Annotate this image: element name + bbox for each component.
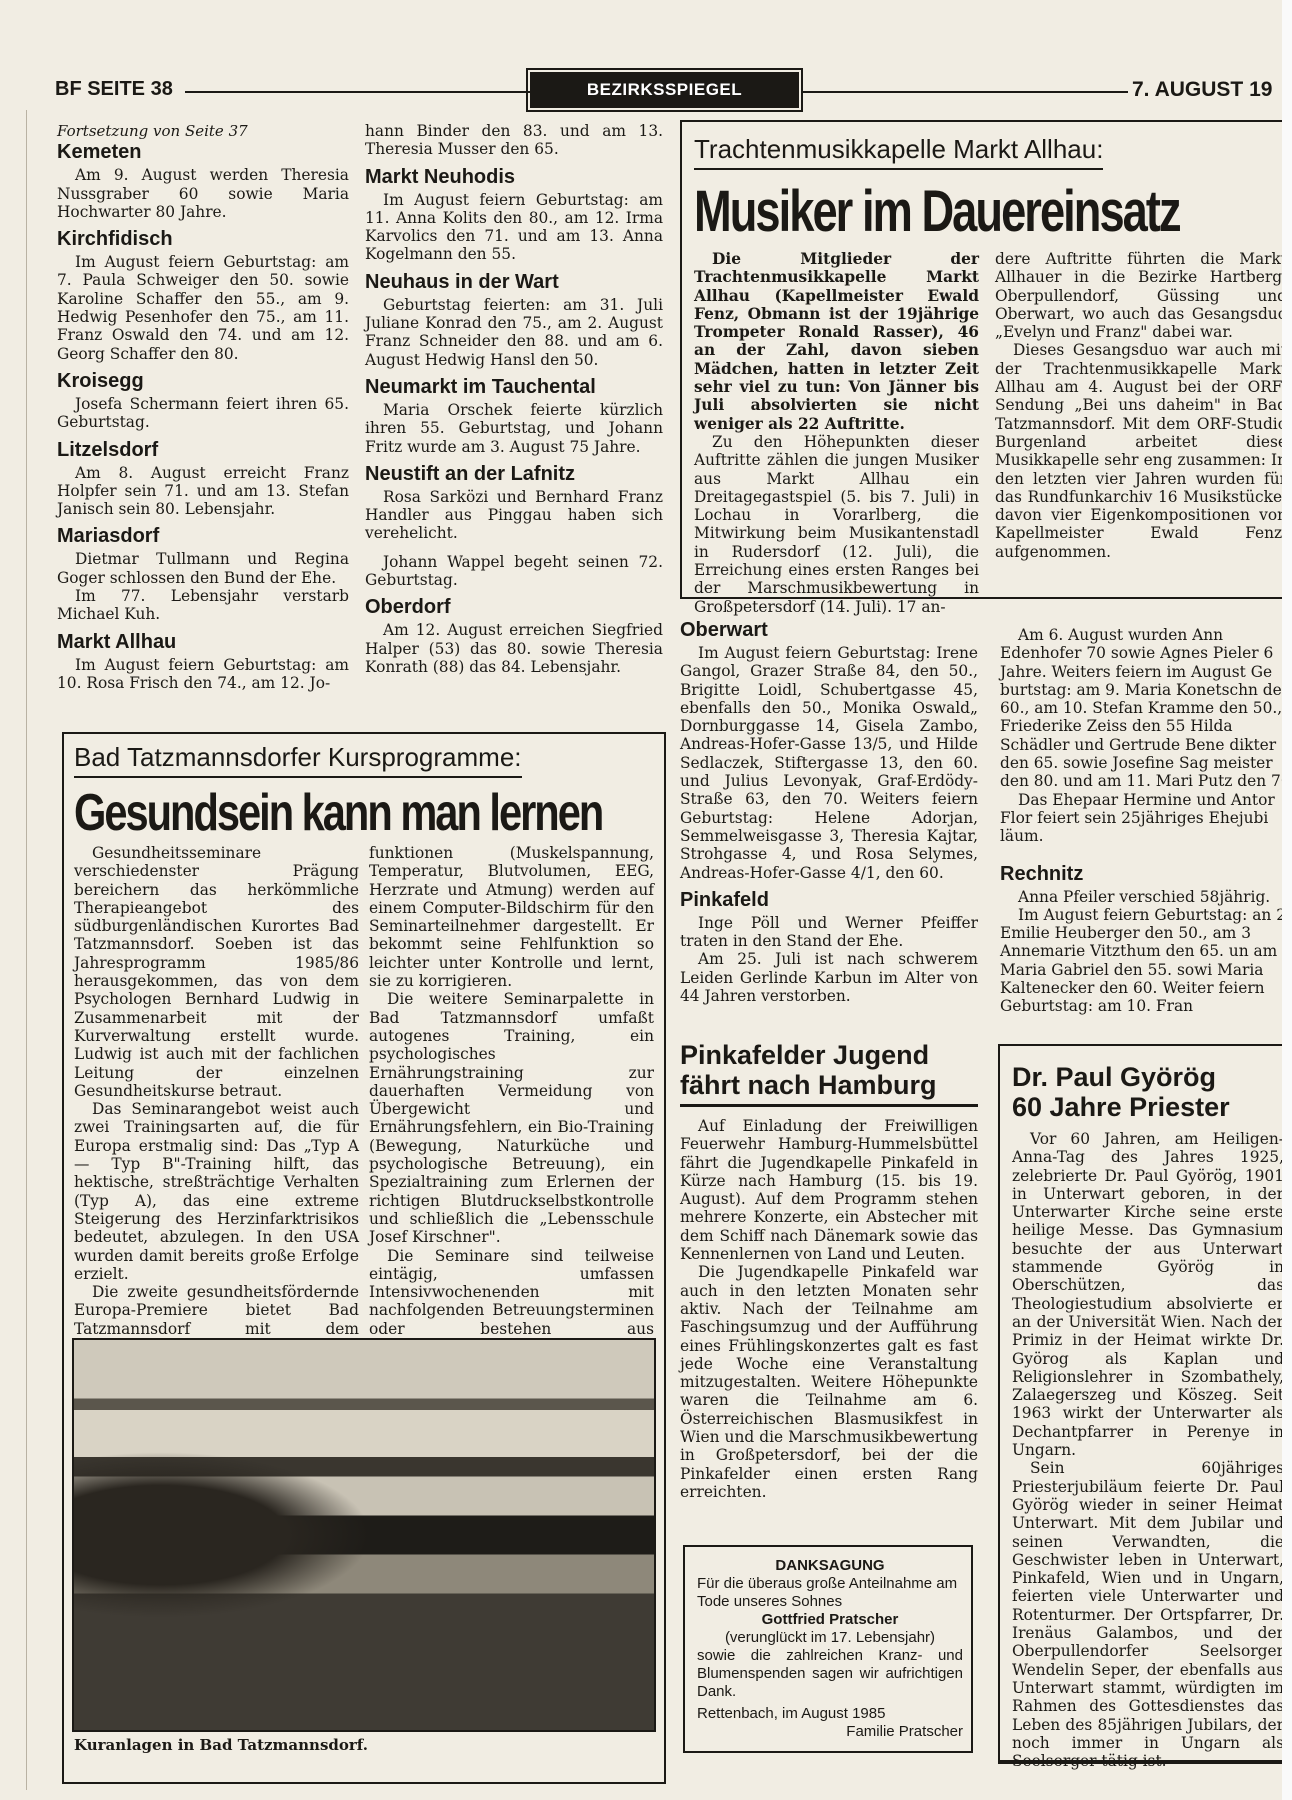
article-kicker: Trachtenmusikkapelle Markt Allhau: [694, 134, 1103, 170]
photo-caption: Kuranlagen in Bad Tatzmannsdorf. [74, 1736, 368, 1754]
news-text: Im August feiern Geburtstag: am 10. Rosa… [57, 656, 349, 693]
page-number: BF SEITE 38 [55, 78, 173, 101]
news-text: Johann Wappel begeht seinen 72. Geburtst… [365, 553, 663, 590]
article-text: Gesundheitsseminare verschiedenster Präg… [74, 844, 359, 1100]
news-item: Kroisegg Josefa Schermann feiert ihren 6… [57, 369, 349, 432]
news-item: Kirchfidisch Im August feiern Geburtstag… [57, 227, 349, 363]
news-item: Oberdorf Am 12. August erreichen Siegfri… [365, 595, 663, 676]
place-heading: Litzelsdorf [57, 438, 349, 462]
news-text: Im August feiern Geburtstag: am 7. Paula… [57, 253, 349, 363]
scan-page-edge [1282, 0, 1292, 1800]
place-heading: Kirchfidisch [57, 227, 349, 251]
article-text: Zu den Höhepunkten dieser Auftritte zähl… [694, 433, 979, 616]
place-heading: Oberdorf [365, 595, 663, 619]
notice-text: (verunglückt im 17. Lebensjahr) [697, 1629, 963, 1647]
section-banner: BEZIRKSSPIEGEL [530, 72, 799, 108]
place-heading: Neuhaus in der Wart [365, 270, 663, 294]
page-margin-rule [26, 110, 27, 1790]
news-item: Pinkafeld Inge Pöll und Werner Pfeiffer … [680, 888, 978, 1005]
article-lead: Die Mitglieder der Trachtenmusikkapelle … [694, 250, 979, 433]
article-headline: Gesundsein kann man lernen [74, 784, 602, 842]
news-item: Kemeten Am 9. August werden Theresia Nus… [57, 140, 349, 221]
place-heading: Kroisegg [57, 369, 349, 393]
article-column-2: funktionen (Muskelspannung, Temperatur, … [369, 844, 654, 1375]
article-body: Vor 60 Jahren, am Heiligen-Anna-Tag des … [1012, 1130, 1284, 1770]
notice-place-date: Rettenbach, im August 1985 [697, 1705, 963, 1723]
news-item: Neuhaus in der Wart Geburtstag feierten:… [365, 270, 663, 369]
place-heading: Pinkafeld [680, 888, 978, 912]
local-news-column-4: Am 6. August wurden Ann Edenhofer 70 sow… [1000, 626, 1292, 1016]
news-item: Markt Neuhodis Im August feiern Geburtst… [365, 165, 663, 264]
news-text: Maria Orschek feierte kürzlich ihren 55.… [365, 401, 663, 456]
place-heading: Mariasdorf [57, 524, 349, 548]
article-text: funktionen (Muskelspannung, Temperatur, … [369, 844, 654, 990]
article-headline-line-2: 60 Jahre Priester [1012, 1092, 1230, 1122]
news-item: Oberwart Im August feiern Geburtstag: Ir… [680, 618, 978, 882]
article-column-1: Die Mitglieder der Trachtenmusikkapelle … [694, 250, 979, 616]
article-text: Sein 60jähriges Priesterjubiläum feierte… [1012, 1459, 1284, 1770]
notice-title: DANKSAGUNG [697, 1557, 963, 1575]
danksagung-notice: DANKSAGUNG Für die überaus große Anteiln… [683, 1545, 973, 1753]
news-item: Markt Allhau Im August feiern Geburtstag… [57, 630, 349, 693]
article-text: Das Seminarangebot weist auch zwei Train… [74, 1100, 359, 1283]
article-column-1: Gesundheitsseminare verschiedenster Präg… [74, 844, 359, 1356]
deceased-name: Gottfried Pratscher [697, 1611, 963, 1629]
place-heading: Markt Neuhodis [365, 165, 663, 189]
article-text: Vor 60 Jahren, am Heiligen-Anna-Tag des … [1012, 1130, 1284, 1459]
news-item: Rechnitz Anna Pfeiler verschied 58jährig… [1000, 862, 1292, 1016]
news-text: Im August feiern Geburtstag: an 2. Emili… [1000, 906, 1292, 1016]
article-headline-line-1: Dr. Paul Györög [1012, 1062, 1230, 1092]
place-heading: Oberwart [680, 618, 978, 642]
news-text: Geburtstag feierten: am 31. Juli Juliane… [365, 296, 663, 369]
news-item: Neustift an der Lafnitz Rosa Sarközi und… [365, 462, 663, 589]
news-text: Rosa Sarközi und Bernhard Franz Handler … [365, 488, 663, 543]
news-text: Am 25. Juli ist nach schwerem Leiden Ger… [680, 950, 978, 1005]
spa-building-photo [72, 1338, 656, 1732]
issue-date: 7. AUGUST 19 [1132, 78, 1272, 102]
place-heading: Markt Allhau [57, 630, 349, 654]
news-text: Am 6. August wurden Ann Edenhofer 70 sow… [1000, 626, 1292, 791]
article-text: Dieses Gesangsduo war auch mit der Trach… [995, 341, 1287, 561]
place-heading: Kemeten [57, 140, 349, 164]
news-text: Im August feiern Geburtstag: am 11. Anna… [365, 191, 663, 264]
article-body: Auf Einladung der Freiwilligen Feuerwehr… [680, 1117, 978, 1501]
news-text: Anna Pfeiler verschied 58jährig. [1000, 888, 1292, 906]
article-headline-line-1: Pinkafelder Jugend [680, 1040, 978, 1070]
notice-text: sowie die zahlreichen Kranz- und Blumens… [697, 1647, 963, 1701]
news-text: Im 77. Lebensjahr verstarb Michael Kuh. [57, 587, 349, 624]
music-article-box: Trachtenmusikkapelle Markt Allhau: Musik… [680, 120, 1292, 599]
news-text: Am 8. August erreicht Franz Holpfer sein… [57, 464, 349, 519]
article-text: Die weitere Seminarpalette in Bad Tatzma… [369, 990, 654, 1246]
article-column-2: dere Auftritte führten die Markt Allhaue… [995, 250, 1287, 561]
header-rule-left [185, 91, 530, 93]
local-news-column-2: hann Binder den 83. und am 13. Theresia … [365, 122, 663, 676]
place-heading: Neumarkt im Tauchental [365, 375, 663, 399]
news-text: Inge Pöll und Werner Pfeiffer traten in … [680, 914, 978, 951]
news-text: Josefa Schermann feiert ihren 65. Geburt… [57, 395, 349, 432]
notice-text: Für die überaus große Anteilnahme am Tod… [697, 1575, 963, 1611]
article-text: Die Jugendkapelle Pinkafeld war auch in … [680, 1263, 978, 1501]
place-heading: Neustift an der Lafnitz [365, 462, 663, 486]
continuation-note: Fortsetzung von Seite 37 [57, 122, 349, 140]
headline-rule [680, 1104, 978, 1107]
article-headline: Musiker im Dauereinsatz [694, 180, 1180, 244]
article-text: dere Auftritte führten die Markt Allhaue… [995, 250, 1287, 341]
news-text: Im August feiern Geburtstag: Irene Gango… [680, 644, 978, 882]
news-text: Am 12. August erreichen Siegfried Halper… [365, 621, 663, 676]
news-text: Das Ehepaar Hermine und Antor Flor feier… [1000, 791, 1292, 846]
news-item: Mariasdorf Dietmar Tullmann und Regina G… [57, 524, 349, 623]
news-item: Litzelsdorf Am 8. August erreicht Franz … [57, 438, 349, 519]
news-text: Dietmar Tullmann und Regina Goger schlos… [57, 550, 349, 587]
article-headline-line-2: fährt nach Hamburg [680, 1070, 978, 1100]
notice-signature: Familie Pratscher [697, 1723, 963, 1741]
news-item: Neumarkt im Tauchental Maria Orschek fei… [365, 375, 663, 456]
news-text: hann Binder den 83. und am 13. Theresia … [365, 122, 663, 159]
news-text: Am 9. August werden Theresia Nussgraber … [57, 166, 349, 221]
hamburg-article: Pinkafelder Jugend fährt nach Hamburg Au… [680, 1040, 978, 1501]
local-news-column-3: Oberwart Im August feiern Geburtstag: Ir… [680, 618, 978, 1005]
place-heading: Rechnitz [1000, 862, 1292, 886]
kurs-article-box: Bad Tatzmannsdorfer Kursprogramme: Gesun… [62, 732, 666, 1784]
article-text: Auf Einladung der Freiwilligen Feuerwehr… [680, 1117, 978, 1263]
header-rule-right [803, 91, 1128, 93]
local-news-column-1: Fortsetzung von Seite 37 Kemeten Am 9. A… [57, 122, 349, 692]
priest-article-box: Dr. Paul Györög 60 Jahre Priester Vor 60… [998, 1044, 1292, 1764]
article-kicker: Bad Tatzmannsdorfer Kursprogramme: [74, 742, 522, 778]
